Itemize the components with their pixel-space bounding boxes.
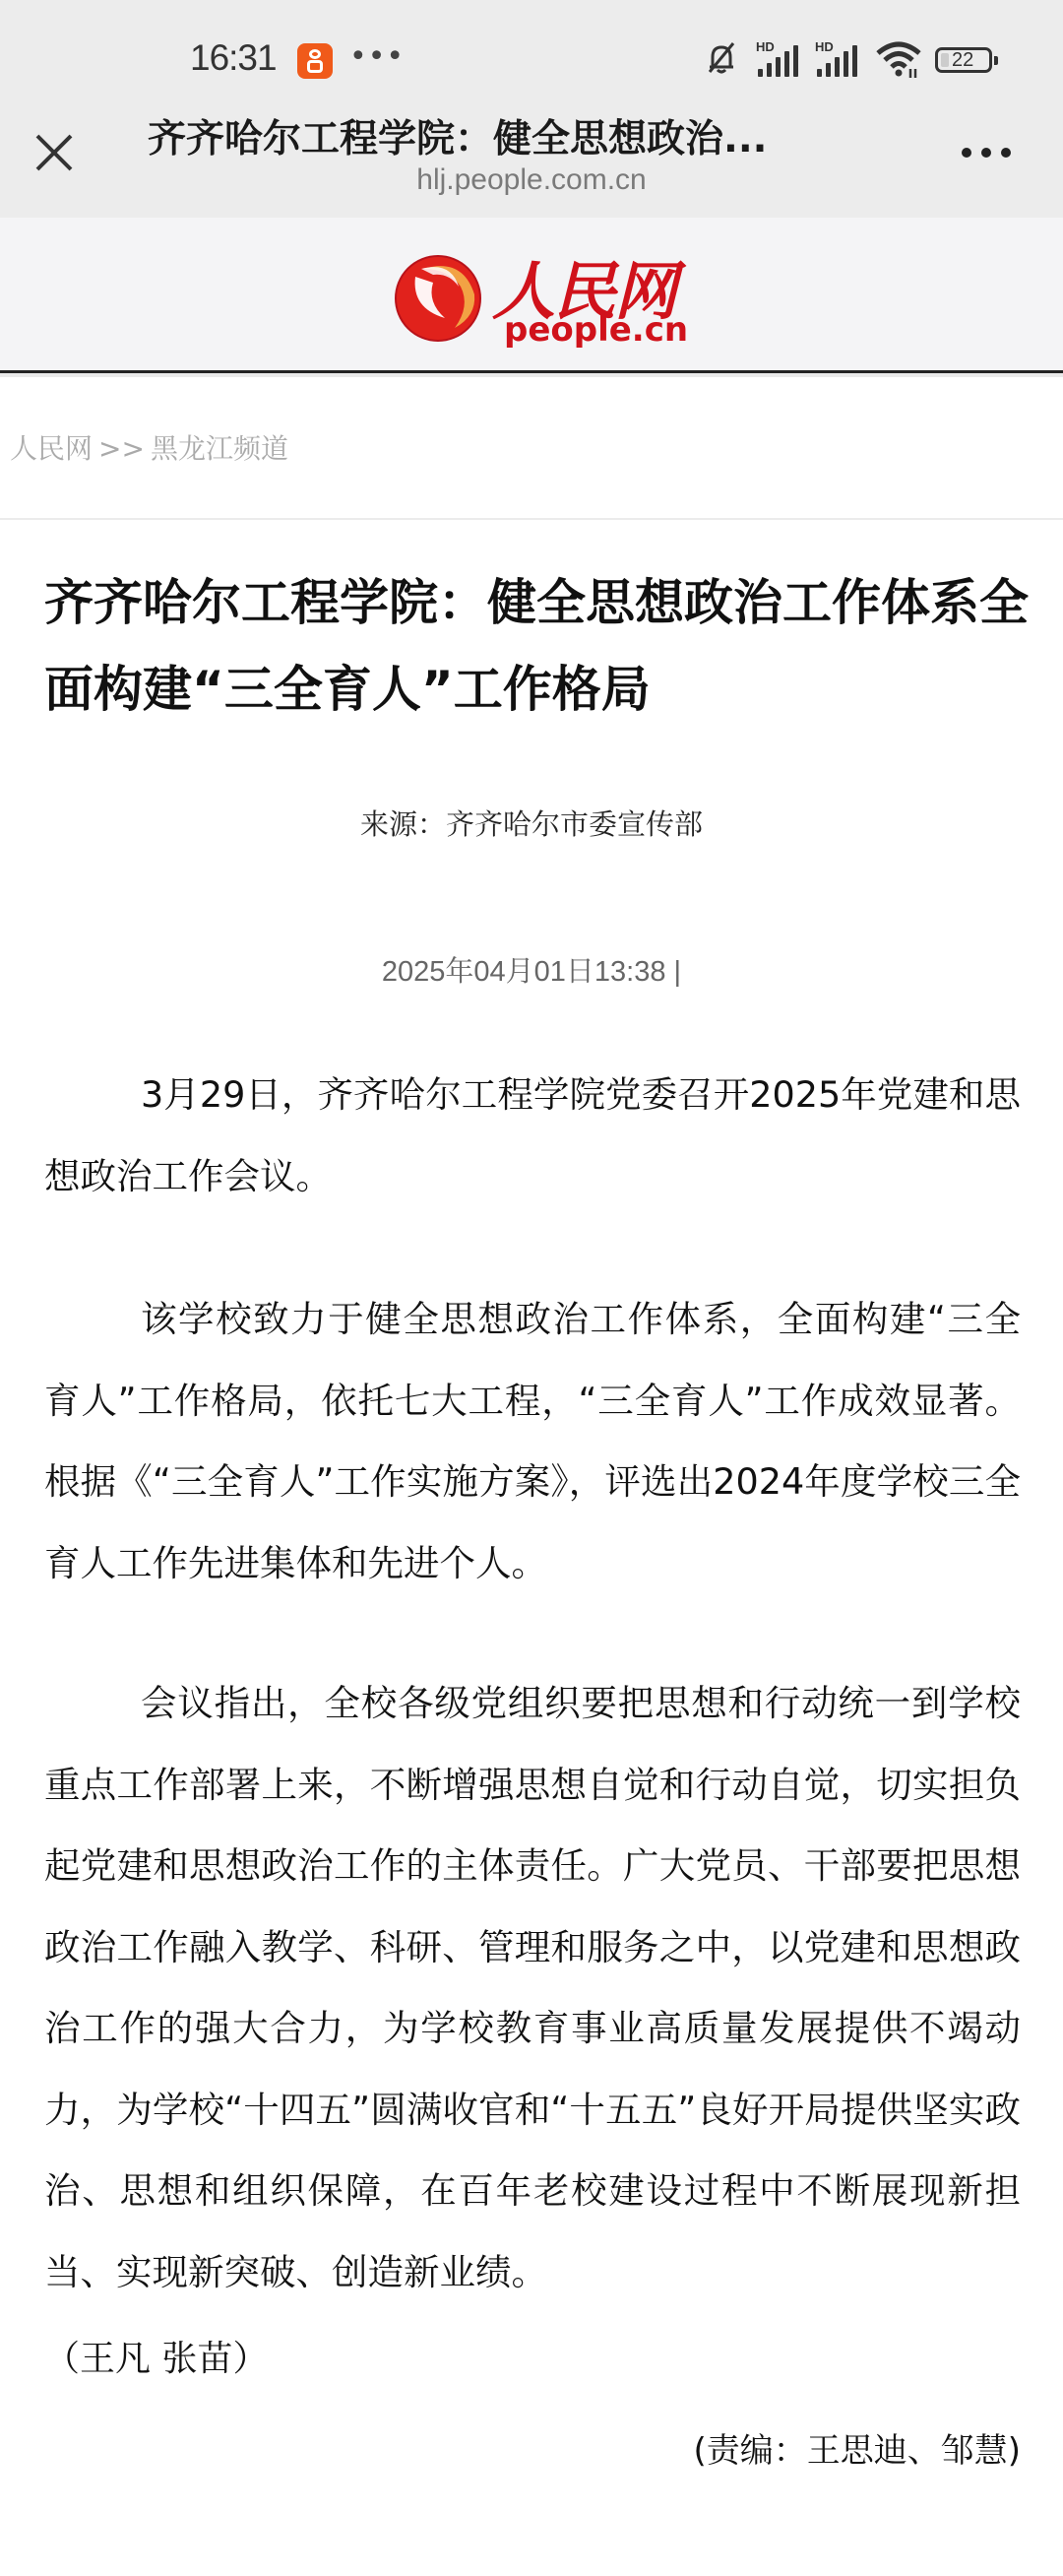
- breadcrumb-divider: [0, 518, 1063, 520]
- banner-shadow: [0, 373, 1063, 377]
- article-editor: (责编：王思迪、邹慧): [693, 2423, 1021, 2472]
- article-date: 2025年04月01日13:38 |: [0, 949, 1063, 990]
- status-icons: HD HD 22: [689, 37, 1063, 83]
- people-cn-logo[interactable]: 人民网 people.cn: [394, 245, 679, 349]
- signal-hd-icon: HD: [756, 41, 807, 77]
- page-url: hlj.people.com.cn: [0, 163, 1063, 197]
- article-paragraph: 3月29日，齐齐哈尔工程学院党委召开2025年党建和思想政治工作会议。: [44, 1055, 1021, 1217]
- battery-level: 22: [952, 49, 973, 72]
- site-banner: 人民网 people.cn: [0, 218, 1063, 370]
- more-dots-icon[interactable]: [960, 136, 1019, 165]
- breadcrumb-home-link[interactable]: 人民网: [10, 432, 93, 465]
- wifi-icon: [876, 39, 921, 79]
- article-paragraph: 该学校致力于健全思想政治工作体系，全面构建“三全育人”工作格局，依托七大工程，“…: [44, 1279, 1021, 1604]
- browser-header: 齐齐哈尔工程学院：健全思想政治... hlj.people.com.cn: [0, 98, 1063, 218]
- status-time: 16:31: [190, 37, 277, 79]
- breadcrumb-channel-link[interactable]: 黑龙江频道: [151, 432, 288, 465]
- breadcrumb-separator: >>: [98, 432, 145, 465]
- article-title: 齐齐哈尔工程学院：健全思想政治工作体系全面构建“三全育人”工作格局: [44, 559, 1029, 733]
- battery-tip: [994, 56, 998, 65]
- signal-hd-icon: HD: [815, 41, 866, 77]
- logo-text-en: people.cn: [504, 310, 688, 350]
- kuaishou-app-icon: [297, 43, 333, 79]
- article-source: 来源：齐齐哈尔市委宣传部: [0, 803, 1063, 843]
- bell-muted-icon: [707, 41, 736, 75]
- status-bar: 16:31 ••• HD HD: [0, 0, 1063, 98]
- more-notifications-icon: •••: [349, 39, 405, 74]
- battery-icon: 22: [935, 47, 992, 73]
- page-title: 齐齐哈尔工程学院：健全思想政治...: [148, 108, 876, 163]
- breadcrumb: 人民网>>黑龙江频道: [10, 427, 288, 467]
- article-paragraph: 会议指出，全校各级党组织要把思想和行动统一到学校重点工作部署上来，不断增强思想自…: [44, 1663, 1021, 2313]
- globe-logo-icon: [394, 247, 487, 346]
- article-authors: （王凡 张苗）: [44, 2331, 268, 2381]
